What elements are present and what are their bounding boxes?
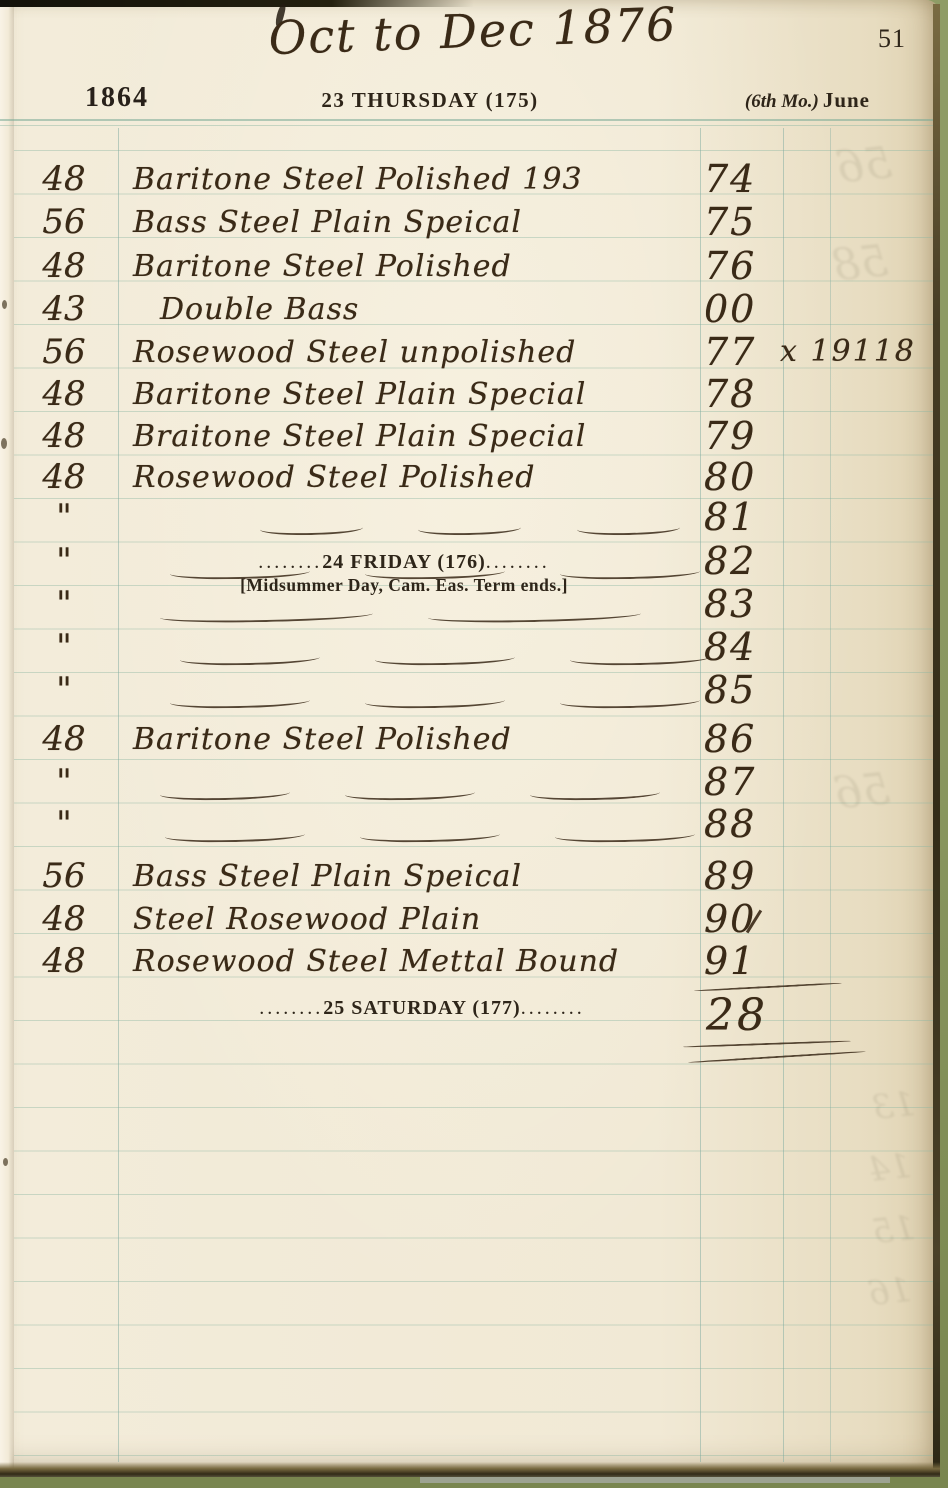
qty-cell: " — [24, 804, 104, 844]
desc-cell: Baritone Steel Polished 193 — [133, 162, 699, 197]
ditto-dashes — [160, 612, 640, 622]
desc-cell: Braitone Steel Plain Special — [133, 419, 699, 454]
qty-cell: 48 — [24, 159, 104, 199]
ledger-row: 43 Double Bass 00 — [0, 289, 936, 335]
num-cell: 89 — [704, 854, 804, 898]
margin-annotation: x 19118 — [780, 334, 916, 369]
num-cell: 76 — [704, 244, 804, 288]
total-underline — [688, 1051, 866, 1064]
num-cell: 86 — [704, 717, 804, 761]
month-ordinal: (6th Mo.) — [745, 91, 819, 112]
ditto-dashes — [180, 655, 710, 665]
num-cell: 88 — [704, 802, 804, 846]
qty-cell: " — [24, 541, 104, 581]
saturday-label: 25 SATURDAY (177) — [323, 997, 520, 1019]
qty-cell: 48 — [24, 719, 104, 759]
ditto-dashes — [170, 698, 700, 708]
num-cell: 78 — [704, 372, 804, 416]
num-cell: 91 — [704, 939, 804, 983]
desc-cell: Steel Rosewood Plain — [133, 902, 699, 937]
month-name: June — [823, 88, 870, 112]
total-value: 28 — [706, 990, 768, 1041]
ledger-row: 48 Baritone Steel Polished 86 — [0, 719, 936, 765]
header-separator-line — [0, 119, 934, 121]
qty-cell: 48 — [24, 374, 104, 414]
desc-cell: Baritone Steel Polished — [133, 722, 699, 757]
ledger-row: 48 Baritone Steel Polished 193 74 — [0, 159, 936, 205]
ledger-row: 48 Rosewood Steel Mettal Bound 91 — [0, 941, 936, 987]
ditto-dashes — [170, 569, 700, 579]
ledger-row-ditto: " 82 — [0, 541, 936, 587]
qty-cell: 56 — [24, 856, 104, 896]
qty-cell: " — [24, 497, 104, 537]
qty-cell: 56 — [24, 332, 104, 372]
ledger-row-ditto: " 83 — [0, 584, 936, 630]
num-cell: 75 — [704, 200, 804, 244]
bleed-through-ghost: 16 — [866, 1270, 913, 1314]
qty-cell: " — [24, 670, 104, 710]
page-number: 51 — [878, 24, 906, 54]
desc-cell: Bass Steel Plain Speical — [133, 859, 699, 894]
bleed-through-ghost: 13 — [870, 1084, 917, 1128]
ledger-row-ditto: " 84 — [0, 627, 936, 673]
page-bottom-edge — [0, 1462, 940, 1477]
bleed-through-ghost: 14 — [866, 1146, 913, 1190]
total-underline — [683, 1040, 851, 1048]
qty-cell: 48 — [24, 941, 104, 981]
num-cell: 74 — [704, 157, 804, 201]
ledger-row: 48 Baritone Steel Polished 76 — [0, 246, 936, 292]
num-cell: 84 — [704, 625, 804, 669]
ledger-row-ditto: " 81 — [0, 497, 936, 543]
page-bottom-highlight — [420, 1477, 890, 1483]
qty-cell: 48 — [24, 457, 104, 497]
desc-cell: Rosewood Steel unpolished — [133, 335, 699, 370]
edge-speck — [3, 1158, 8, 1166]
leader-dots: ........ — [521, 997, 585, 1019]
qty-cell: 43 — [24, 289, 104, 329]
desc-cell: Baritone Steel Polished — [133, 249, 699, 284]
num-cell: 81 — [704, 495, 804, 539]
qty-cell: 48 — [24, 416, 104, 456]
num-cell: 80 — [704, 455, 804, 499]
desc-cell: Rosewood Steel Mettal Bound — [133, 944, 699, 979]
qty-cell: " — [24, 584, 104, 624]
ledger-row-ditto: " 88 — [0, 804, 936, 850]
qty-cell: 56 — [24, 202, 104, 242]
year-label: 1864 — [85, 82, 149, 114]
ditto-dashes — [165, 832, 695, 842]
desc-cell: Bass Steel Plain Speical — [133, 205, 699, 240]
handwritten-title: Oct to Dec 1876 — [237, 0, 709, 66]
ditto-dashes — [160, 790, 660, 800]
header-separator-line — [0, 125, 934, 126]
desc-cell: Double Bass — [160, 292, 726, 327]
num-cell: 82 — [704, 539, 804, 583]
qty-cell: " — [24, 762, 104, 802]
desc-cell: Rosewood Steel Polished — [133, 460, 699, 495]
diary-page: 56 58 56 13 14 15 16 51 1864 23 THURSDAY… — [0, 0, 940, 1476]
ledger-row-ditto: " 85 — [0, 670, 936, 716]
num-cell: 87 — [704, 760, 804, 804]
ledger-row: 56 Bass Steel Plain Speical 89 — [0, 856, 936, 902]
day-header-thursday: 23 THURSDAY (175) — [295, 88, 565, 113]
ditto-dashes — [260, 525, 680, 535]
bleed-through-ghost: 15 — [870, 1208, 917, 1252]
leader-dots: ........ — [259, 997, 323, 1019]
qty-cell: 48 — [24, 899, 104, 939]
qty-cell: " — [24, 627, 104, 667]
num-cell: 00 — [704, 287, 804, 331]
num-cell: 85 — [704, 668, 804, 712]
ledger-row: 56 Bass Steel Plain Speical 75 — [0, 202, 936, 248]
num-cell: 83 — [704, 582, 804, 626]
month-label: (6th Mo.) June — [698, 88, 870, 113]
qty-cell: 48 — [24, 246, 104, 286]
desc-cell: Baritone Steel Plain Special — [133, 377, 699, 412]
num-cell: 79 — [704, 414, 804, 458]
ledger-scan: 56 58 56 13 14 15 16 51 1864 23 THURSDAY… — [0, 0, 948, 1488]
day-header-saturday: ........25 SATURDAY (177)........ — [192, 997, 652, 1020]
